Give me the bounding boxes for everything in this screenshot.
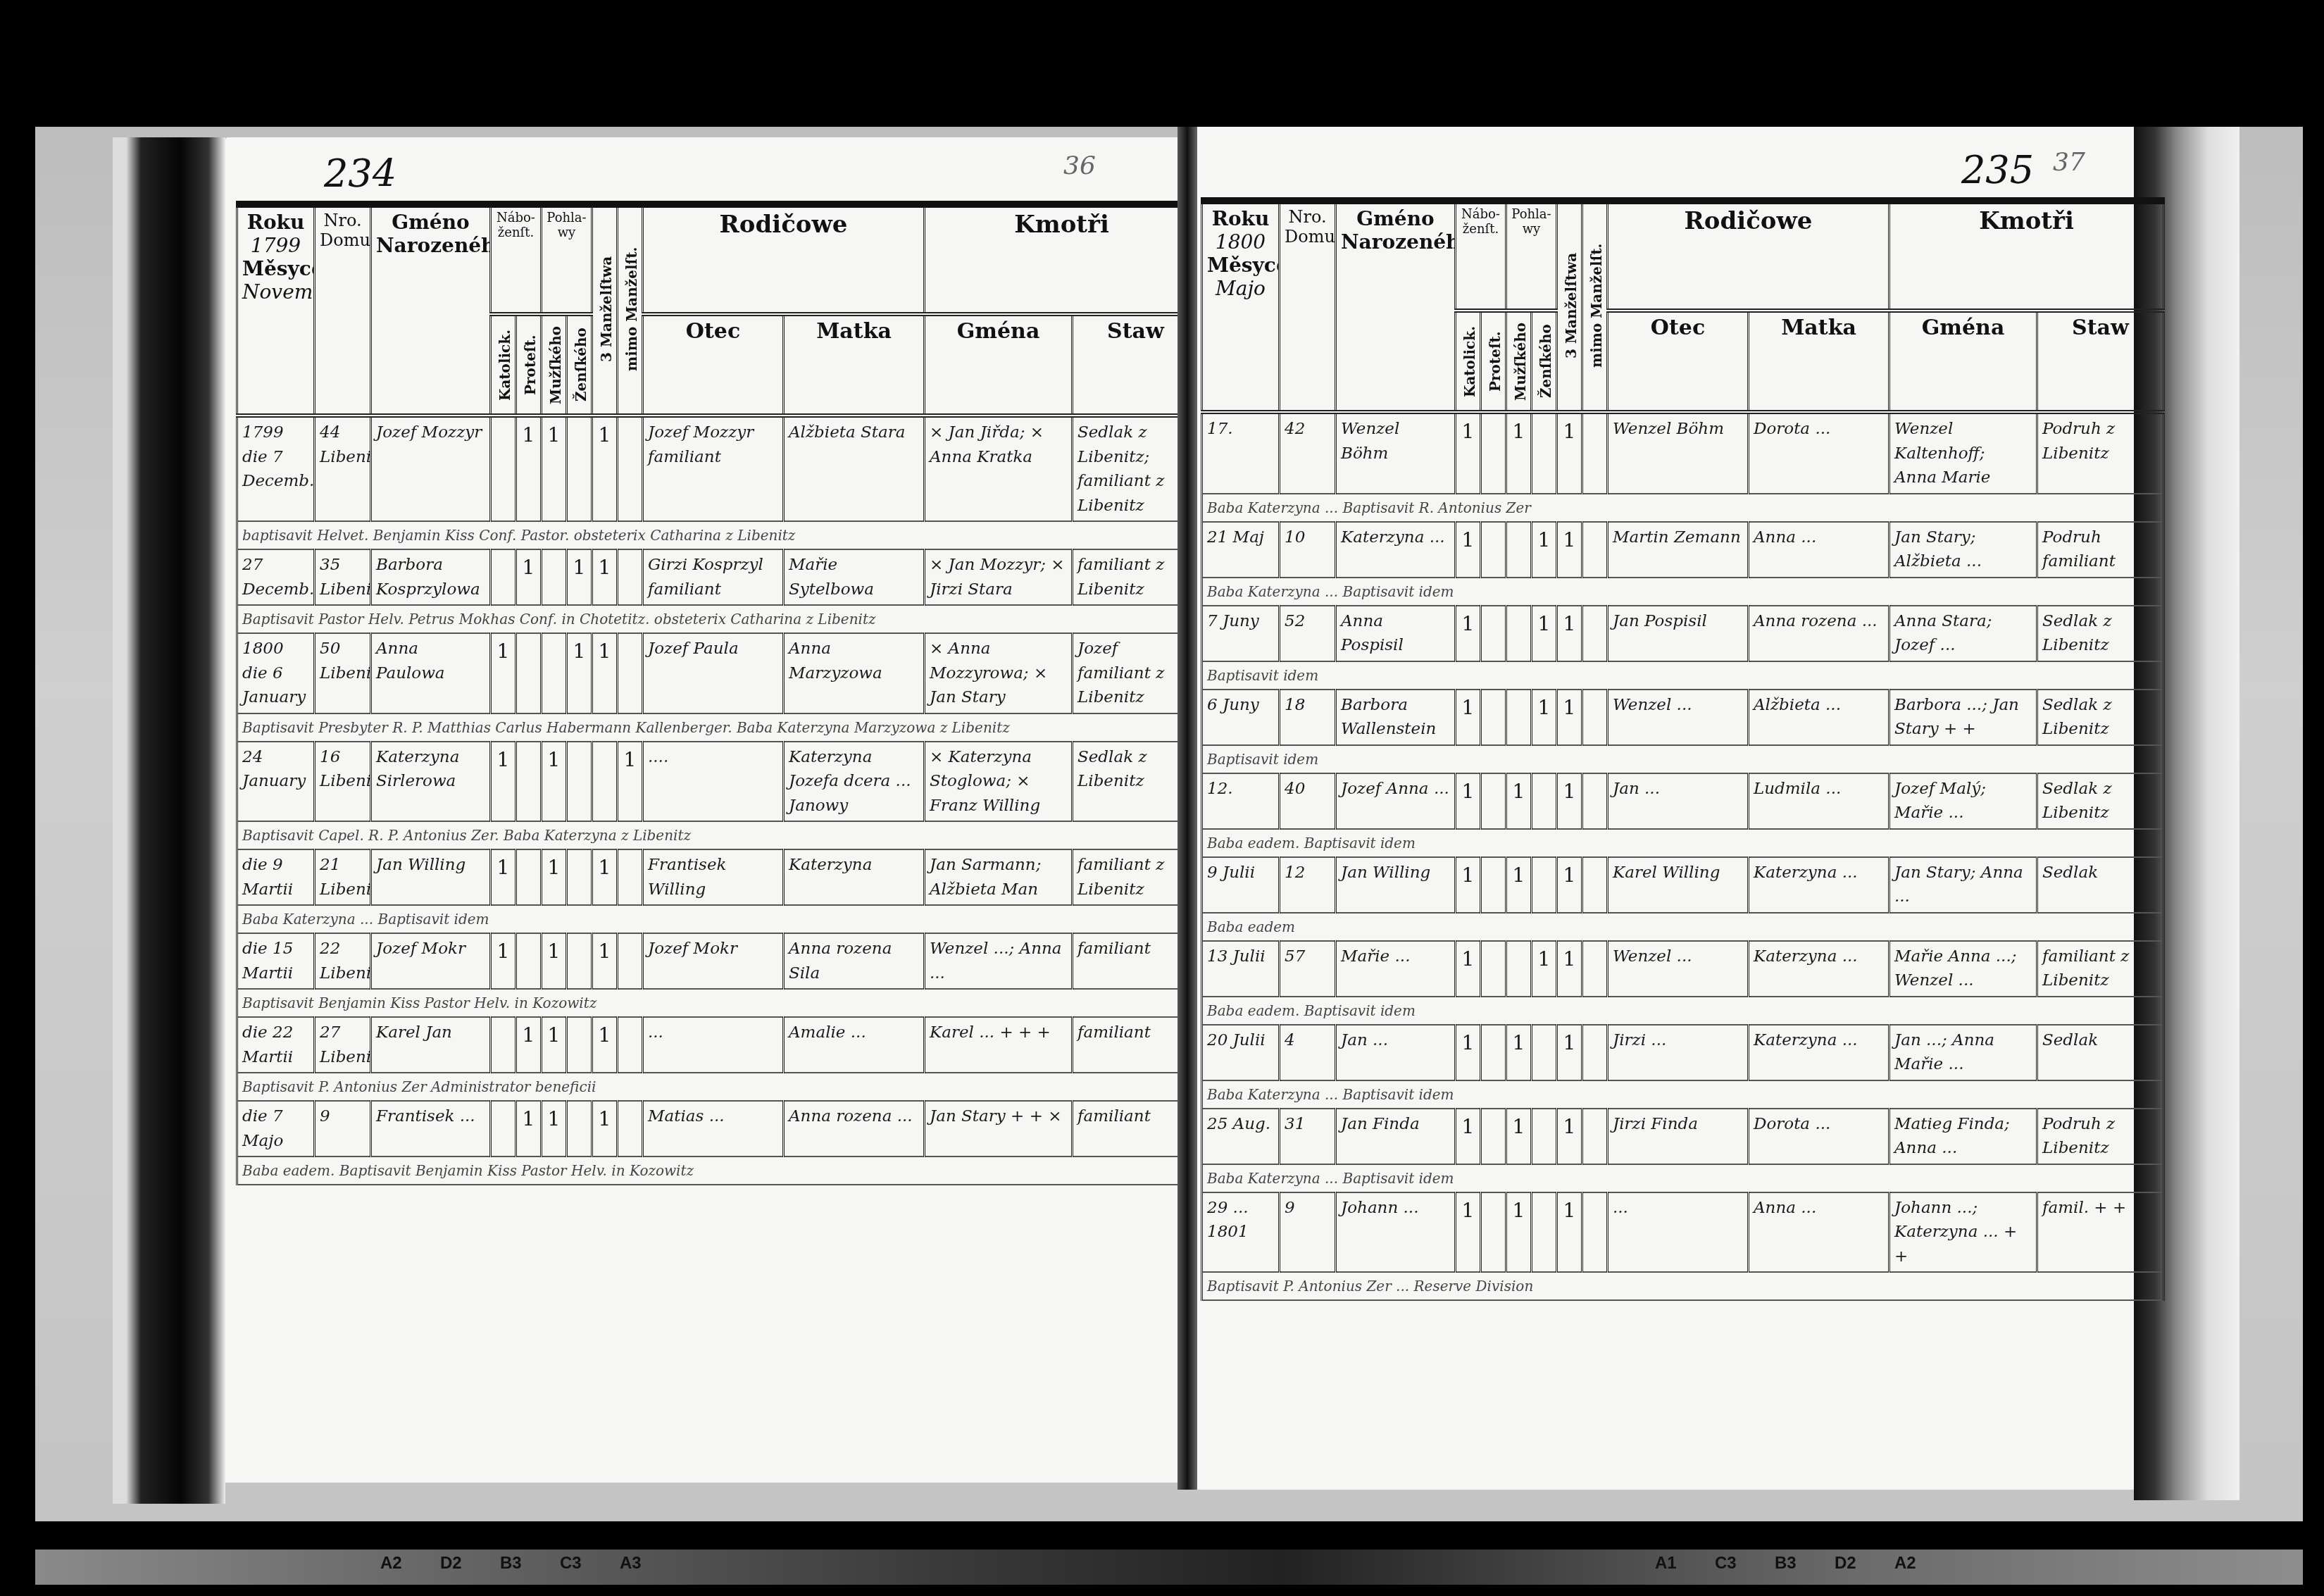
entry-legitimate: 1 <box>1557 606 1582 661</box>
entry-house: 44 Libenitz <box>315 416 371 521</box>
entry-note: Baptisavit idem <box>1202 745 2164 773</box>
entry-date: 13 Julii <box>1202 941 1280 997</box>
register-entry-note: Baptisavit Pastor Helv. Petrus Mokhas Co… <box>237 605 1199 633</box>
entry-legitimate: 1 <box>592 1101 618 1157</box>
entry-protestant: 1 <box>516 1101 542 1157</box>
register-entry-note: Baptisavit P. Antonius Zer ... Reserve D… <box>1202 1272 2164 1300</box>
entry-illegitimate: 1 <box>618 742 643 822</box>
register-entry: 29 ... 18019Johann ...111...Anna ...Joha… <box>1202 1192 2164 1273</box>
year-value: 1800 <box>1207 230 1274 254</box>
entry-house: 35 Libenitz <box>315 549 371 605</box>
entry-father: Jan Pospisil <box>1608 606 1749 661</box>
year-label: Roku <box>1207 207 1274 230</box>
entry-protestant <box>516 742 542 822</box>
entry-father: Matias ... <box>643 1101 784 1157</box>
scale-label: C3 <box>1715 1554 1737 1573</box>
entry-male: 1 <box>1506 1192 1532 1273</box>
entry-father: ... <box>643 1017 784 1073</box>
entry-godparent-status: familiant z Libenitz <box>2037 941 2164 997</box>
entry-note-text: Baba eadem. Baptisavit idem <box>1207 1000 2159 1021</box>
male-header: Mužſkého <box>542 314 567 416</box>
mother-header: Matka <box>784 314 925 416</box>
entry-godparents: Anna Stara; Jozef ... <box>1889 606 2037 661</box>
entry-male: 1 <box>1506 1025 1532 1080</box>
entry-date: 12. <box>1202 773 1280 829</box>
entry-note: Baba eadem. Baptisavit idem <box>1202 829 2164 857</box>
entry-date: 29 ... 1801 <box>1202 1192 1280 1273</box>
entry-house: 31 <box>1280 1109 1336 1164</box>
entry-note-text: Baba Katerzyna ... Baptisavit R. Antoniu… <box>1207 497 2159 518</box>
register-table-left: Roku1799MěsyceNovembNro. DomuGméno Naroz… <box>236 201 1200 1185</box>
entry-protestant <box>1481 606 1506 661</box>
entry-godparents: × Katerzyna Stoglowa; × Franz Willing <box>925 742 1073 822</box>
entry-legitimate: 1 <box>1557 522 1582 578</box>
entry-protestant <box>516 633 542 713</box>
entry-godparent-status: Sedlak <box>2037 1025 2164 1080</box>
register-entry-note: Baba Katerzyna ... Baptisavit idem <box>1202 1164 2164 1192</box>
register-entry-note: Baba eadem. Baptisavit Benjamin Kiss Pas… <box>237 1157 1199 1185</box>
register-entry: 1800 die 6 January50 LibenitzAnna Paulow… <box>237 633 1199 713</box>
register-entry: 12.40Jozef Anna ...111Jan ...Ludmila ...… <box>1202 773 2164 829</box>
entry-legitimate: 1 <box>592 633 618 713</box>
entry-child-name: Johann ... <box>1336 1192 1456 1273</box>
register-entry-note: Baba Katerzyna ... Baptisavit idem <box>1202 1080 2164 1109</box>
entry-mother: Alžbieta ... <box>1749 690 1889 745</box>
entry-house: 52 <box>1280 606 1336 661</box>
entry-male <box>1506 690 1532 745</box>
entry-male <box>542 549 567 605</box>
entry-female <box>1532 857 1557 913</box>
entry-godparents: Jan ...; Anna Mařie ... <box>1889 1025 2037 1080</box>
entry-illegitimate <box>1582 522 1608 578</box>
entry-house: 50 Libenitz <box>315 633 371 713</box>
entry-note: Baptisavit Capel. R. P. Antonius Zer. Ba… <box>237 821 1199 849</box>
entry-child-name: Katerzyna Sirlerowa <box>371 742 491 822</box>
entry-mother: Dorota ... <box>1749 1109 1889 1164</box>
illegitimate-header: mimo Manželſt. <box>1582 201 1608 412</box>
entry-note-text: Baptisavit Pastor Helv. Petrus Mokhas Co… <box>242 609 1194 630</box>
entry-legitimate: 1 <box>1557 1192 1582 1273</box>
register-entry: 27 Decemb.35 LibenitzBarbora Kosprzylowa… <box>237 549 1199 605</box>
entry-female <box>1532 1192 1557 1273</box>
register-entry-note: Baba Katerzyna ... Baptisavit idem <box>237 905 1199 933</box>
illegitimate-header: mimo Manželſt. <box>618 204 643 416</box>
register-entry: die 15 Martii22 LibenitzJozef Mokr111Joz… <box>237 933 1199 989</box>
entry-note: Baba Katerzyna ... Baptisavit idem <box>237 905 1199 933</box>
entry-catholic: 1 <box>1456 857 1481 913</box>
entry-note-text: Baptisavit P. Antonius Zer ... Reserve D… <box>1207 1276 2159 1297</box>
entry-female <box>567 1101 592 1157</box>
entry-godparent-status: Podruh z Libenitz <box>2037 1109 2164 1164</box>
entry-illegitimate <box>618 1101 643 1157</box>
month-value: Novemb <box>242 280 309 304</box>
entry-note-text: baptisavit Helvet. Benjamin Kiss Conf. P… <box>242 525 1194 546</box>
entry-catholic: 1 <box>1456 606 1481 661</box>
religion-header: Nábo-ženſt. <box>491 204 542 314</box>
entry-date: die 22 Martii <box>237 1017 315 1073</box>
entry-note-text: Baptisavit Capel. R. P. Antonius Zer. Ba… <box>242 825 1194 846</box>
sex-header: Pohla-wy <box>1506 201 1557 311</box>
entry-catholic <box>491 416 516 521</box>
month-label: Měsyce <box>242 257 309 280</box>
entry-godparents: Wenzel Kaltenhoff; Anna Marie <box>1889 412 2037 494</box>
house-number-header: Nro. Domu <box>315 204 371 416</box>
register-entry: 1799 die 7 Decemb.44 LibenitzJozef Mozzy… <box>237 416 1199 521</box>
entry-female: 1 <box>1532 522 1557 578</box>
entry-illegitimate <box>1582 773 1608 829</box>
entry-legitimate: 1 <box>592 933 618 989</box>
entry-protestant <box>1481 941 1506 997</box>
entry-catholic: 1 <box>1456 690 1481 745</box>
entry-female: 1 <box>567 549 592 605</box>
entry-female <box>1532 1025 1557 1080</box>
entry-note-text: Baba Katerzyna ... Baptisavit idem <box>1207 1084 2159 1105</box>
entry-house: 10 <box>1280 522 1336 578</box>
entry-note-text: Baba Katerzyna ... Baptisavit idem <box>1207 1168 2159 1189</box>
entry-note-text: Baptisavit Presbyter R. P. Matthias Carl… <box>242 717 1194 738</box>
year-month-header: Roku1799MěsyceNovemb <box>237 204 315 416</box>
godparent-names-header: Gména <box>1889 311 2037 412</box>
entry-legitimate: 1 <box>1557 941 1582 997</box>
entry-father: Karel Willing <box>1608 857 1749 913</box>
entry-catholic: 1 <box>491 933 516 989</box>
register-entry: 17.42Wenzel Böhm111Wenzel BöhmDorota ...… <box>1202 412 2164 494</box>
month-value: Majo <box>1207 277 1274 300</box>
entry-note: Baptisavit P. Antonius Zer ... Reserve D… <box>1202 1272 2164 1300</box>
entry-house: 40 <box>1280 773 1336 829</box>
register-entry: 13 Julii57Mařie ...111Wenzel ...Katerzyn… <box>1202 941 2164 997</box>
entry-house: 12 <box>1280 857 1336 913</box>
entry-father: Jozef Mokr <box>643 933 784 989</box>
mother-header: Matka <box>1749 311 1889 412</box>
entry-house: 21 Libenitz <box>315 849 371 905</box>
entry-note-text: Baptisavit idem <box>1207 749 2159 770</box>
entry-illegitimate <box>618 1017 643 1073</box>
entry-legitimate: 1 <box>1557 773 1582 829</box>
entry-note: Baba eadem. Baptisavit idem <box>1202 997 2164 1025</box>
entry-godparents: Johann ...; Katerzyna ... + + <box>1889 1192 2037 1273</box>
scale-label: A2 <box>1894 1554 1916 1573</box>
book-gutter <box>1177 127 1197 1490</box>
entry-female <box>567 742 592 822</box>
entry-father: Martin Zemann <box>1608 522 1749 578</box>
year-label: Roku <box>242 211 309 234</box>
entry-note: Baptisavit P. Antonius Zer Administrator… <box>237 1073 1199 1101</box>
entry-father: Jirzi Finda <box>1608 1109 1749 1164</box>
entry-male <box>1506 941 1532 997</box>
entry-mother: Mařie Sytelbowa <box>784 549 925 605</box>
entry-father: .... <box>643 742 784 822</box>
register-entry: 21 Maj10Katerzyna ...111Martin ZemannAnn… <box>1202 522 2164 578</box>
entry-note: Baba eadem <box>1202 913 2164 941</box>
entry-father: Jirzi ... <box>1608 1025 1749 1080</box>
entry-mother: Katerzyna ... <box>1749 1025 1889 1080</box>
register-entry: 24 January16 LibenitzKaterzyna Sirlerowa… <box>237 742 1199 822</box>
entry-mother: Amalie ... <box>784 1017 925 1073</box>
entry-note: baptisavit Helvet. Benjamin Kiss Conf. P… <box>237 521 1199 549</box>
register-entry-note: Baptisavit P. Antonius Zer Administrator… <box>237 1073 1199 1101</box>
entry-child-name: Barbora Wallenstein <box>1336 690 1456 745</box>
entry-godparents: Karel ... + + + <box>925 1017 1073 1073</box>
secondary-page-number: 36 <box>1063 151 1096 180</box>
parents-header: Rodičowe <box>643 204 925 314</box>
page-number: 234 <box>324 151 396 196</box>
entry-female <box>567 416 592 521</box>
entry-godparents: × Jan Jiřda; × Anna Kratka <box>925 416 1073 521</box>
entry-note-text: Baba eadem. Baptisavit Benjamin Kiss Pas… <box>242 1160 1194 1181</box>
register-entry-note: Baptisavit idem <box>1202 661 2164 690</box>
entry-legitimate: 1 <box>1557 857 1582 913</box>
entry-mother: Alžbieta Stara <box>784 416 925 521</box>
entry-date: 17. <box>1202 412 1280 494</box>
entry-house: 27 Libenitz <box>315 1017 371 1073</box>
scale-label: B3 <box>500 1554 522 1573</box>
register-entry-note: Baptisavit Presbyter R. P. Matthias Carl… <box>237 713 1199 742</box>
entry-illegitimate <box>618 416 643 521</box>
entry-note: Baptisavit Presbyter R. P. Matthias Carl… <box>237 713 1199 742</box>
entry-mother: Anna rozena Sila <box>784 933 925 989</box>
entry-date: 21 Maj <box>1202 522 1280 578</box>
entry-male <box>542 633 567 713</box>
entry-father: Jozef Mozzyr familiant <box>643 416 784 521</box>
entry-female <box>1532 412 1557 494</box>
entry-female <box>567 1017 592 1073</box>
entry-date: 1800 die 6 January <box>237 633 315 713</box>
entry-father: Girzi Kosprzyl familiant <box>643 549 784 605</box>
entry-male: 1 <box>542 933 567 989</box>
entry-child-name: Barbora Kosprzylowa <box>371 549 491 605</box>
scale-label: D2 <box>440 1554 462 1573</box>
register-entry-note: Baba Katerzyna ... Baptisavit R. Antoniu… <box>1202 494 2164 522</box>
entry-child-name: Anna Paulowa <box>371 633 491 713</box>
entry-illegitimate <box>1582 941 1608 997</box>
register-entry: 6 Juny18Barbora Wallenstein111Wenzel ...… <box>1202 690 2164 745</box>
entry-female <box>1532 773 1557 829</box>
entry-legitimate: 1 <box>592 849 618 905</box>
entry-note: Baptisavit Benjamin Kiss Pastor Helv. in… <box>237 989 1199 1017</box>
godparent-status-header: Staw <box>2037 311 2164 412</box>
register-entry-note: Baptisavit idem <box>1202 745 2164 773</box>
book-edge-left <box>113 137 225 1504</box>
entry-protestant: 1 <box>516 416 542 521</box>
entry-catholic <box>491 1017 516 1073</box>
entry-male: 1 <box>1506 773 1532 829</box>
register-table-right: Roku1800MěsyceMajoNro. DomuGméno Narozen… <box>1201 197 2165 1301</box>
entry-child-name: Jan ... <box>1336 1025 1456 1080</box>
entry-father: Jan ... <box>1608 773 1749 829</box>
entry-illegitimate <box>618 633 643 713</box>
entry-note-text: Baptisavit idem <box>1207 665 2159 686</box>
protestant-header: Proteſt. <box>516 314 542 416</box>
entry-godparents: Jan Stary; Alžbieta ... <box>1889 522 2037 578</box>
entry-female <box>1532 1109 1557 1164</box>
child-name-header: Gméno Narozeného <box>371 204 491 416</box>
male-header: Mužſkého <box>1506 311 1532 412</box>
entry-illegitimate <box>618 849 643 905</box>
register-entry: 9 Julii12Jan Willing111Karel WillingKate… <box>1202 857 2164 913</box>
entry-illegitimate <box>1582 412 1608 494</box>
entry-illegitimate <box>1582 1109 1608 1164</box>
entry-mother: Anna Marzyzowa <box>784 633 925 713</box>
right-page: 235 37 Roku1800MěsyceMajoNro. DomuGméno … <box>1197 127 2134 1490</box>
entry-godparents: Jan Stary + + × <box>925 1101 1073 1157</box>
entry-note-text: Baptisavit Benjamin Kiss Pastor Helv. in… <box>242 992 1194 1014</box>
entry-date: 25 Aug. <box>1202 1109 1280 1164</box>
entry-note: Baba Katerzyna ... Baptisavit R. Antoniu… <box>1202 494 2164 522</box>
microfilm-scale-strip: A2D2B3C3A3A1C3B3D2A2 <box>35 1550 2303 1585</box>
entry-illegitimate <box>1582 690 1608 745</box>
register-entry-note: Baba eadem. Baptisavit idem <box>1202 997 2164 1025</box>
entry-father: Wenzel ... <box>1608 690 1749 745</box>
entry-legitimate: 1 <box>1557 1109 1582 1164</box>
entry-female: 1 <box>567 633 592 713</box>
entry-house: 22 Libenitz <box>315 933 371 989</box>
entry-illegitimate <box>1582 606 1608 661</box>
register-entry-note: Baba eadem. Baptisavit idem <box>1202 829 2164 857</box>
entry-father: Jozef Paula <box>643 633 784 713</box>
register-entry: 20 Julii4Jan ...111Jirzi ...Katerzyna ..… <box>1202 1025 2164 1080</box>
entry-godparent-status: Sedlak <box>2037 857 2164 913</box>
entry-date: 7 Juny <box>1202 606 1280 661</box>
entry-legitimate: 1 <box>592 549 618 605</box>
parents-header: Rodičowe <box>1608 201 1889 311</box>
entry-protestant <box>1481 773 1506 829</box>
entry-godparents: × Jan Mozzyr; × Jirzi Stara <box>925 549 1073 605</box>
header-row-top: Roku1799MěsyceNovembNro. DomuGméno Naroz… <box>237 204 1199 314</box>
entry-male: 1 <box>1506 412 1532 494</box>
legitimate-header: 3 Manželſtwa <box>1557 201 1582 412</box>
secondary-page-number: 37 <box>2053 148 2085 177</box>
godparent-names-header: Gména <box>925 314 1073 416</box>
entry-godparent-status: Podruh z Libenitz <box>2037 412 2164 494</box>
entry-legitimate: 1 <box>592 1017 618 1073</box>
entry-legitimate: 1 <box>592 416 618 521</box>
year-month-header: Roku1800MěsyceMajo <box>1202 201 1280 412</box>
entry-legitimate: 1 <box>1557 412 1582 494</box>
entry-note: Baptisavit Pastor Helv. Petrus Mokhas Co… <box>237 605 1199 633</box>
register-entry-note: baptisavit Helvet. Benjamin Kiss Conf. P… <box>237 521 1199 549</box>
entry-catholic: 1 <box>1456 522 1481 578</box>
godparents-header: Kmotři <box>1889 201 2164 311</box>
entry-note-text: Baba eadem. Baptisavit idem <box>1207 833 2159 854</box>
entry-father: ... <box>1608 1192 1749 1273</box>
entry-catholic: 1 <box>491 742 516 822</box>
entry-catholic: 1 <box>491 633 516 713</box>
father-header: Otec <box>643 314 784 416</box>
entry-protestant <box>516 849 542 905</box>
entry-male: 1 <box>1506 1109 1532 1164</box>
father-header: Otec <box>1608 311 1749 412</box>
entry-godparent-status: Sedlak z Libenitz <box>2037 773 2164 829</box>
entry-male: 1 <box>1506 857 1532 913</box>
entry-date: die 15 Martii <box>237 933 315 989</box>
entry-female <box>567 849 592 905</box>
scale-label: A1 <box>1655 1554 1677 1573</box>
entry-father: Wenzel Böhm <box>1608 412 1749 494</box>
entry-male <box>1506 522 1532 578</box>
entry-mother: Katerzyna Jozefa dcera ... Janowy <box>784 742 925 822</box>
entry-note-text: Baptisavit P. Antonius Zer Administrator… <box>242 1076 1194 1097</box>
entry-legitimate: 1 <box>1557 690 1582 745</box>
protestant-header: Proteſt. <box>1481 311 1506 412</box>
entry-house: 18 <box>1280 690 1336 745</box>
entry-catholic: 1 <box>1456 412 1481 494</box>
entry-protestant <box>1481 857 1506 913</box>
entry-protestant: 1 <box>516 549 542 605</box>
entry-male: 1 <box>542 1101 567 1157</box>
entry-mother: Ludmila ... <box>1749 773 1889 829</box>
entry-mother: Katerzyna ... <box>1749 941 1889 997</box>
register-entry: 25 Aug.31Jan Finda111Jirzi FindaDorota .… <box>1202 1109 2164 1164</box>
entry-father: Wenzel ... <box>1608 941 1749 997</box>
entry-catholic: 1 <box>1456 1109 1481 1164</box>
entry-godparent-status: famil. + + <box>2037 1192 2164 1273</box>
scale-label: D2 <box>1835 1554 1856 1573</box>
entry-female: 1 <box>1532 606 1557 661</box>
house-number-header: Nro. Domu <box>1280 201 1336 412</box>
entry-protestant <box>1481 1025 1506 1080</box>
entry-date: 6 Juny <box>1202 690 1280 745</box>
entry-mother: Anna ... <box>1749 522 1889 578</box>
entry-protestant <box>1481 1109 1506 1164</box>
entry-illegitimate <box>1582 1025 1608 1080</box>
entry-house: 57 <box>1280 941 1336 997</box>
godparents-header: Kmotři <box>925 204 1199 314</box>
entry-child-name: Karel Jan <box>371 1017 491 1073</box>
entry-child-name: Mařie ... <box>1336 941 1456 997</box>
entry-protestant <box>1481 522 1506 578</box>
entry-female: 1 <box>1532 941 1557 997</box>
female-header: Ženſkého <box>567 314 592 416</box>
entry-date: 24 January <box>237 742 315 822</box>
child-name-header: Gméno Narozeného <box>1336 201 1456 412</box>
entry-child-name: Jan Finda <box>1336 1109 1456 1164</box>
register-entry-note: Baba eadem <box>1202 913 2164 941</box>
entry-child-name: Katerzyna ... <box>1336 522 1456 578</box>
entry-female <box>567 933 592 989</box>
entry-mother: Anna rozena ... <box>1749 606 1889 661</box>
entry-illegitimate <box>618 549 643 605</box>
scale-label: B3 <box>1775 1554 1797 1573</box>
entry-protestant <box>516 933 542 989</box>
entry-mother: Katerzyna ... <box>1749 857 1889 913</box>
entry-house: 16 Libenitz <box>315 742 371 822</box>
entry-father: Frantisek Willing <box>643 849 784 905</box>
entry-catholic: 1 <box>491 849 516 905</box>
entry-house: 42 <box>1280 412 1336 494</box>
entry-female: 1 <box>1532 690 1557 745</box>
entry-house: 9 <box>315 1101 371 1157</box>
entry-catholic <box>491 549 516 605</box>
entry-child-name: Wenzel Böhm <box>1336 412 1456 494</box>
entry-illegitimate <box>618 933 643 989</box>
entry-child-name: Jozef Mokr <box>371 933 491 989</box>
entry-note: Baptisavit idem <box>1202 661 2164 690</box>
religion-header: Nábo-ženſt. <box>1456 201 1506 311</box>
entry-legitimate: 1 <box>1557 1025 1582 1080</box>
entry-godparent-status: Sedlak z Libenitz <box>2037 606 2164 661</box>
left-page: 234 36 Roku1799MěsyceNovembNro. DomuGmén… <box>225 137 1177 1483</box>
scale-label: A2 <box>380 1554 402 1573</box>
catholic-header: Katolick. <box>1456 311 1481 412</box>
entry-illegitimate <box>1582 857 1608 913</box>
entry-godparents: Jozef Malý; Mařie ... <box>1889 773 2037 829</box>
entry-child-name: Jozef Mozzyr <box>371 416 491 521</box>
entry-protestant <box>1481 412 1506 494</box>
entry-godparent-status: Podruh familiant <box>2037 522 2164 578</box>
entry-catholic: 1 <box>1456 941 1481 997</box>
entry-godparents: Mařie Anna ...; Wenzel ... <box>1889 941 2037 997</box>
